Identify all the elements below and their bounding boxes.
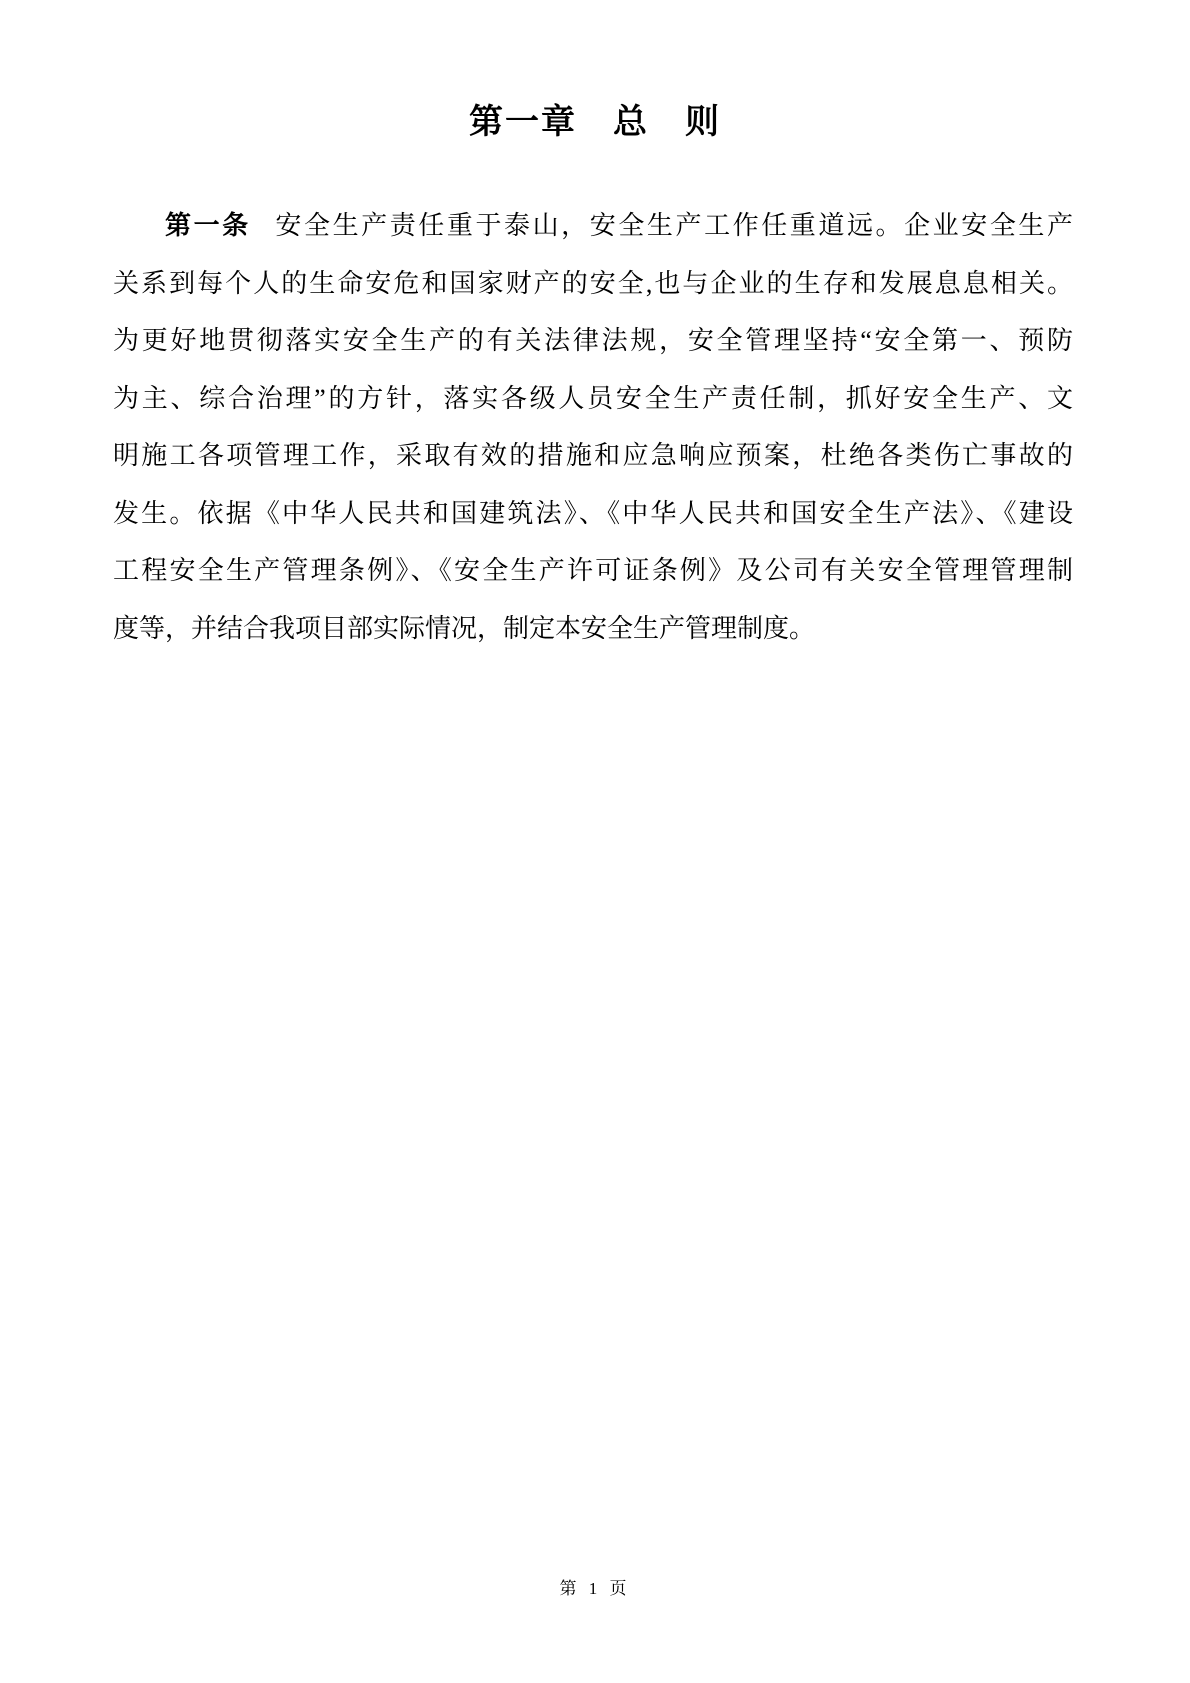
paragraph-line: 为主、综合治理”的方针，落实各级人员安全生产责任制，抓好安全生产、文	[113, 370, 1073, 428]
paragraph-line: 工程安全生产管理条例》、《安全生产许可证条例》及公司有关安全管理管理制	[113, 542, 1073, 600]
paragraph-line: 发生。依据《中华人民共和国建筑法》、《中华人民共和国安全生产法》、《建设	[113, 485, 1073, 543]
page-footer: 第 1 页	[0, 1577, 1190, 1601]
paragraph-line: 度等，并结合我项目部实际情况，制定本安全生产管理制度。	[113, 600, 1073, 658]
paragraph-line: 明施工各项管理工作，采取有效的措施和应急响应预案，杜绝各类伤亡事故的	[113, 427, 1073, 485]
article-number-label: 第一条	[165, 211, 251, 240]
document-page: 第一章 总 则 第一条安全生产责任重于泰山，安全生产工作任重道远。企业安全生产 …	[0, 0, 1190, 1683]
article-paragraph: 第一条安全生产责任重于泰山，安全生产工作任重道远。企业安全生产 关系到每个人的生…	[113, 197, 1073, 657]
paragraph-line: 为更好地贯彻落实安全生产的有关法律法规，安全管理坚持“安全第一、预防	[113, 312, 1073, 370]
paragraph-line-text: 安全生产责任重于泰山，安全生产工作任重道远。企业安全生产	[275, 211, 1073, 240]
page-number: 第 1 页	[560, 1579, 631, 1598]
paragraph-line: 第一条安全生产责任重于泰山，安全生产工作任重道远。企业安全生产	[113, 197, 1073, 255]
chapter-title: 第一章 总 则	[0, 98, 1190, 148]
paragraph-line: 关系到每个人的生命安危和国家财产的安全,也与企业的生存和发展息息相关。	[113, 255, 1073, 313]
